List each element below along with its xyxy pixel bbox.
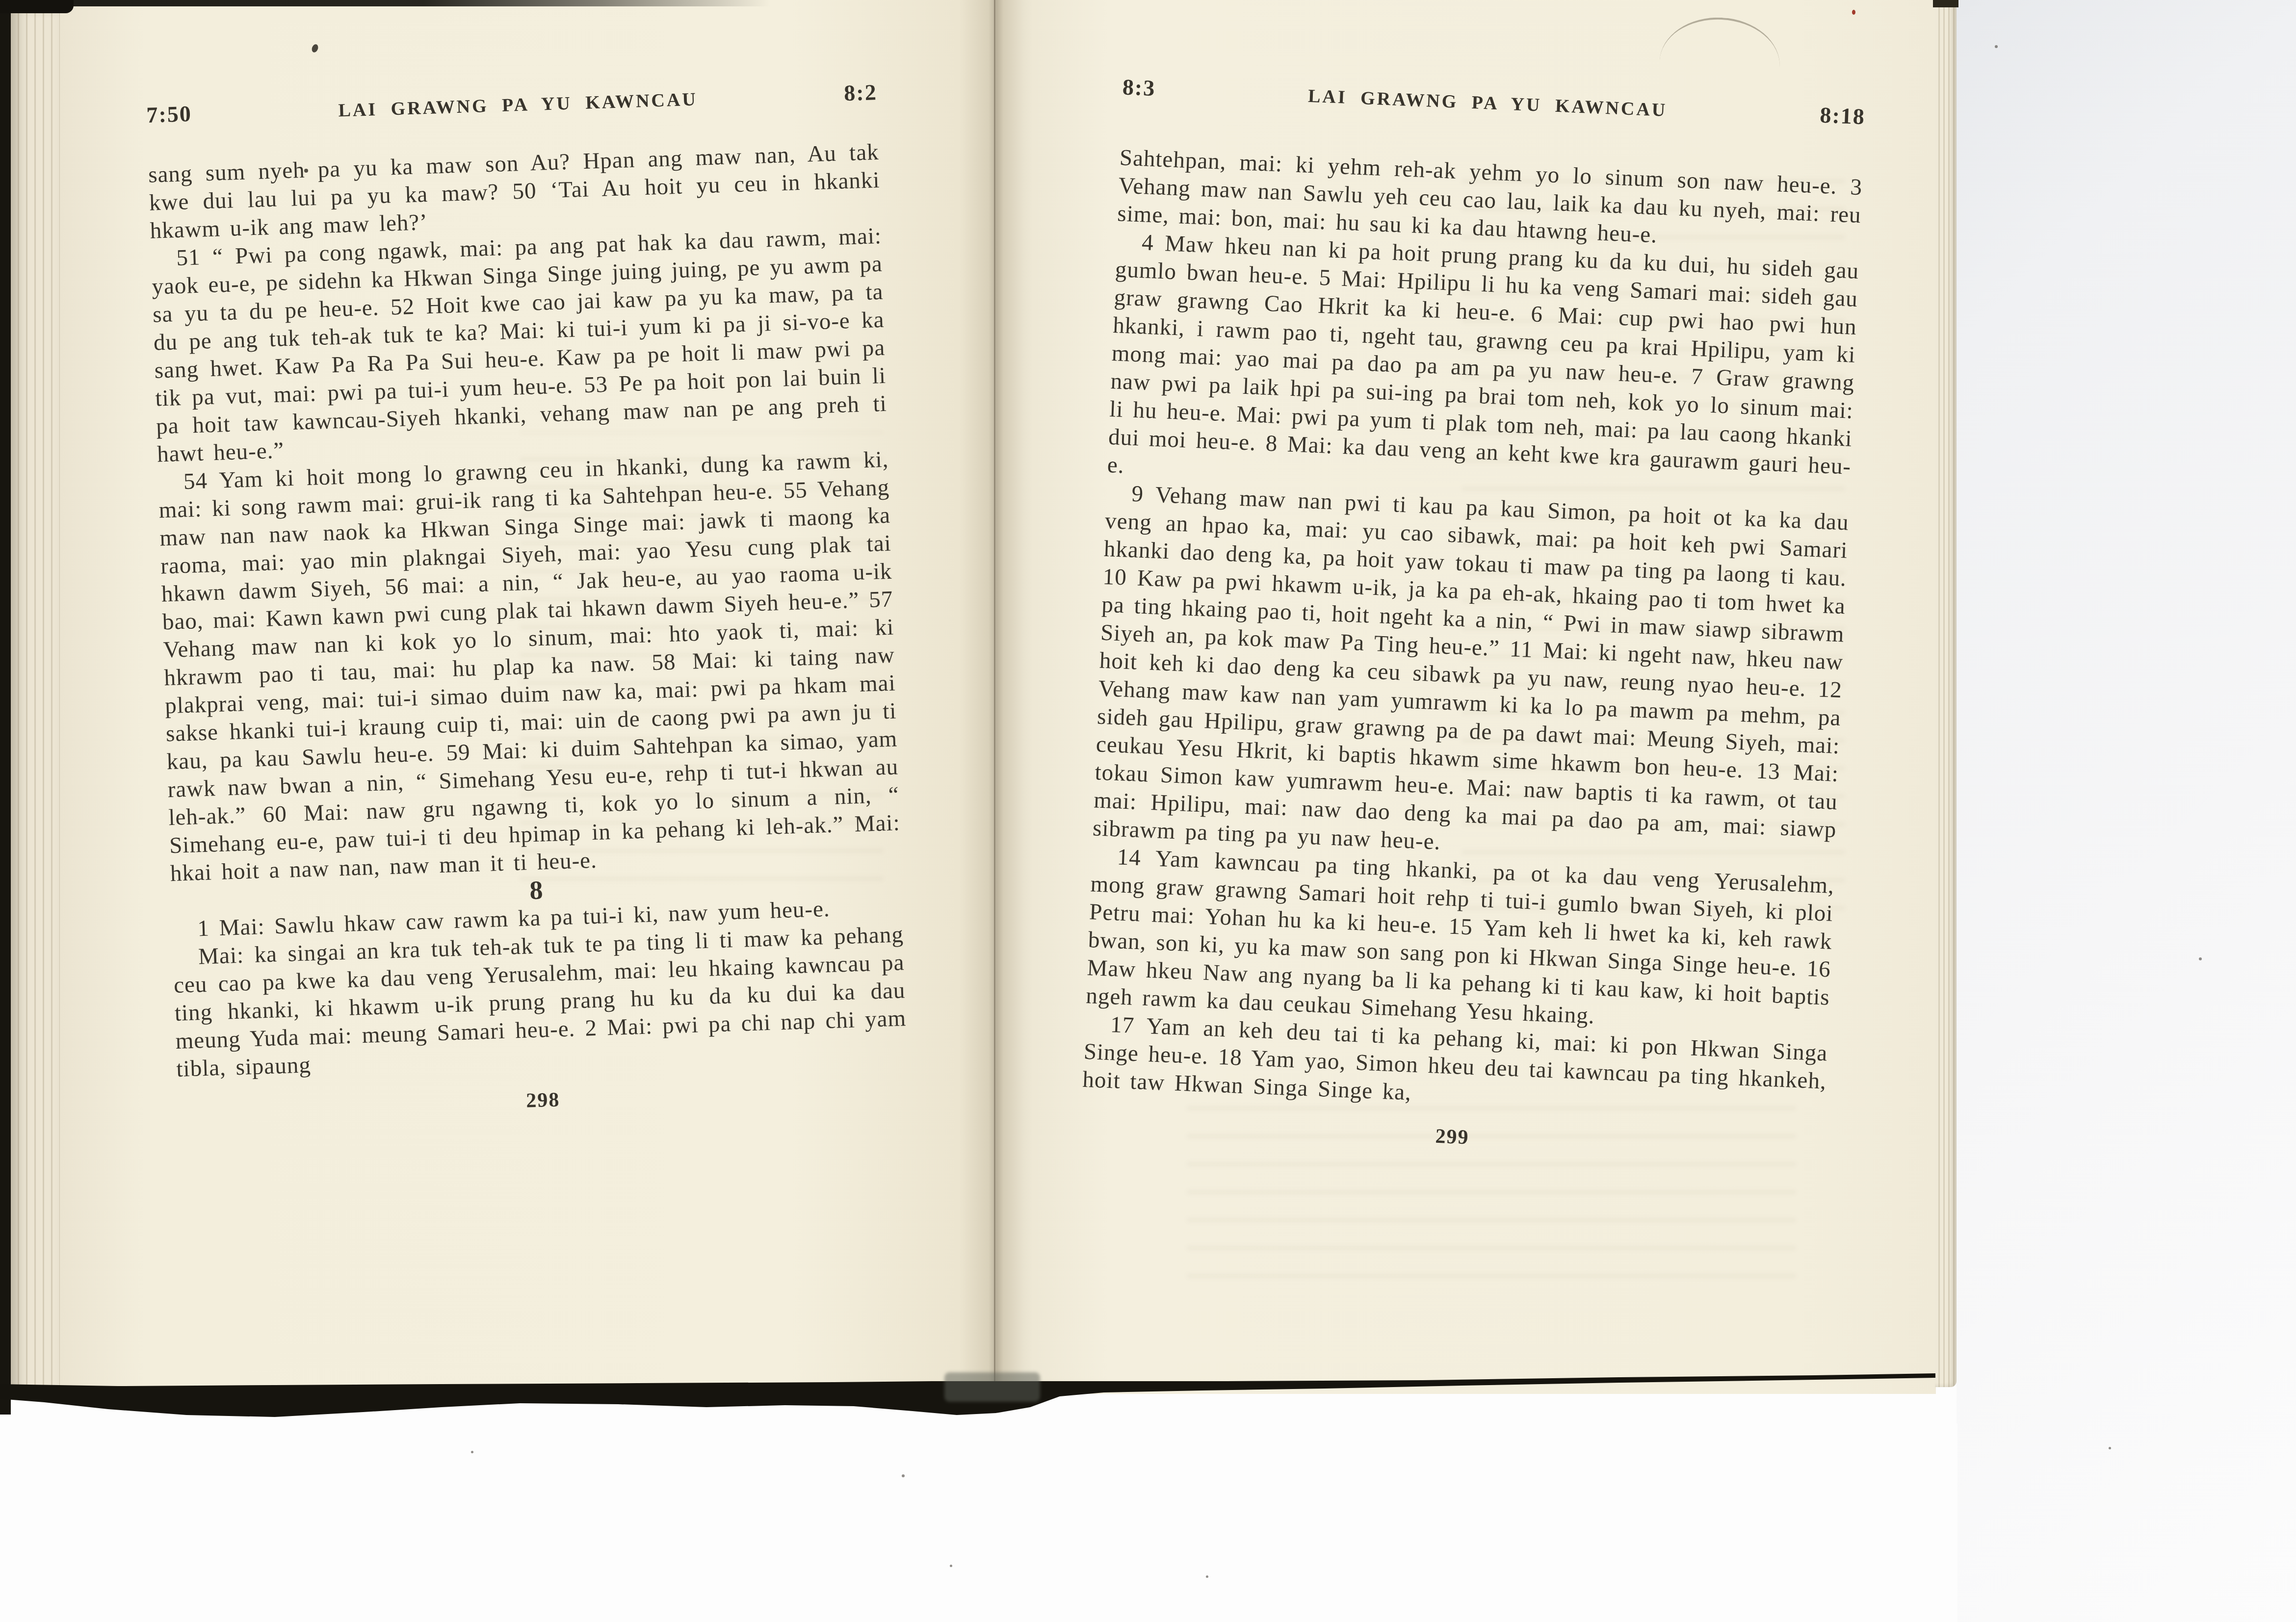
page-edge-top-notch	[1933, 0, 1958, 7]
ink-dot-mark	[304, 169, 308, 173]
right-verse-ref-start: 8:3	[1122, 73, 1156, 102]
right-verse-ref-end: 8:18	[1819, 101, 1866, 131]
gutter-shadow	[959, 0, 1033, 1392]
scanner-bed-right	[1957, 0, 2296, 1622]
gutter-crease-line	[994, 0, 995, 1392]
bottom-edge-smudge	[944, 1372, 1040, 1402]
left-verse-ref-start: 7:50	[146, 100, 192, 129]
dust-speck	[1995, 45, 1998, 48]
dust-speck	[2109, 1447, 2111, 1449]
verse-paragraph: Mai: ka singai an kra tuk teh-ak tuk te …	[173, 921, 908, 1083]
verse-paragraph: 4 Maw hkeu nan ki pa hoit prung prang ku…	[1107, 228, 1859, 509]
left-page: 7:50 LAI GRAWNG PA YU KAWNCAU 8:2 sang s…	[146, 78, 909, 1126]
verse-paragraph: 54 Yam ki hoit mong lo grawng ceu in hka…	[157, 446, 901, 888]
dust-speck	[950, 1565, 952, 1567]
right-page: 8:3 LAI GRAWNG PA YU KAWNCAU 8:18 Sahteh…	[1080, 73, 1866, 1166]
verse-paragraph: 14 Yam kawncau pa ting hkanki, pa ot ka …	[1085, 842, 1835, 1040]
scanner-bed-bottom	[0, 1423, 1957, 1622]
page-edge-stack-left	[11, 7, 60, 1396]
dust-speck	[1206, 1575, 1208, 1578]
verse-paragraph: 51 “ Pwi pa cong ngawk, mai: pa ang pat …	[151, 222, 888, 469]
dust-speck	[2199, 957, 2202, 960]
book-cover-left-edge	[0, 2, 11, 1415]
verse-paragraph: 9 Vehang maw nan pwi ti kau pa kau Simon…	[1092, 479, 1850, 872]
left-verse-ref-end: 8:2	[843, 78, 877, 107]
open-book: 7:50 LAI GRAWNG PA YU KAWNCAU 8:2 sang s…	[0, 0, 1957, 1430]
red-ink-speck	[1852, 10, 1855, 15]
book-cover-top-edge	[0, 0, 770, 6]
page-edge-stack-right	[1935, 3, 1957, 1387]
dust-speck	[471, 1451, 473, 1453]
dust-speck	[902, 1474, 905, 1477]
scanned-book-spread: { "colors": { "paper": "#f3eedc", "ink":…	[0, 0, 2296, 1622]
book-cover-top-left-corner	[0, 0, 74, 13]
